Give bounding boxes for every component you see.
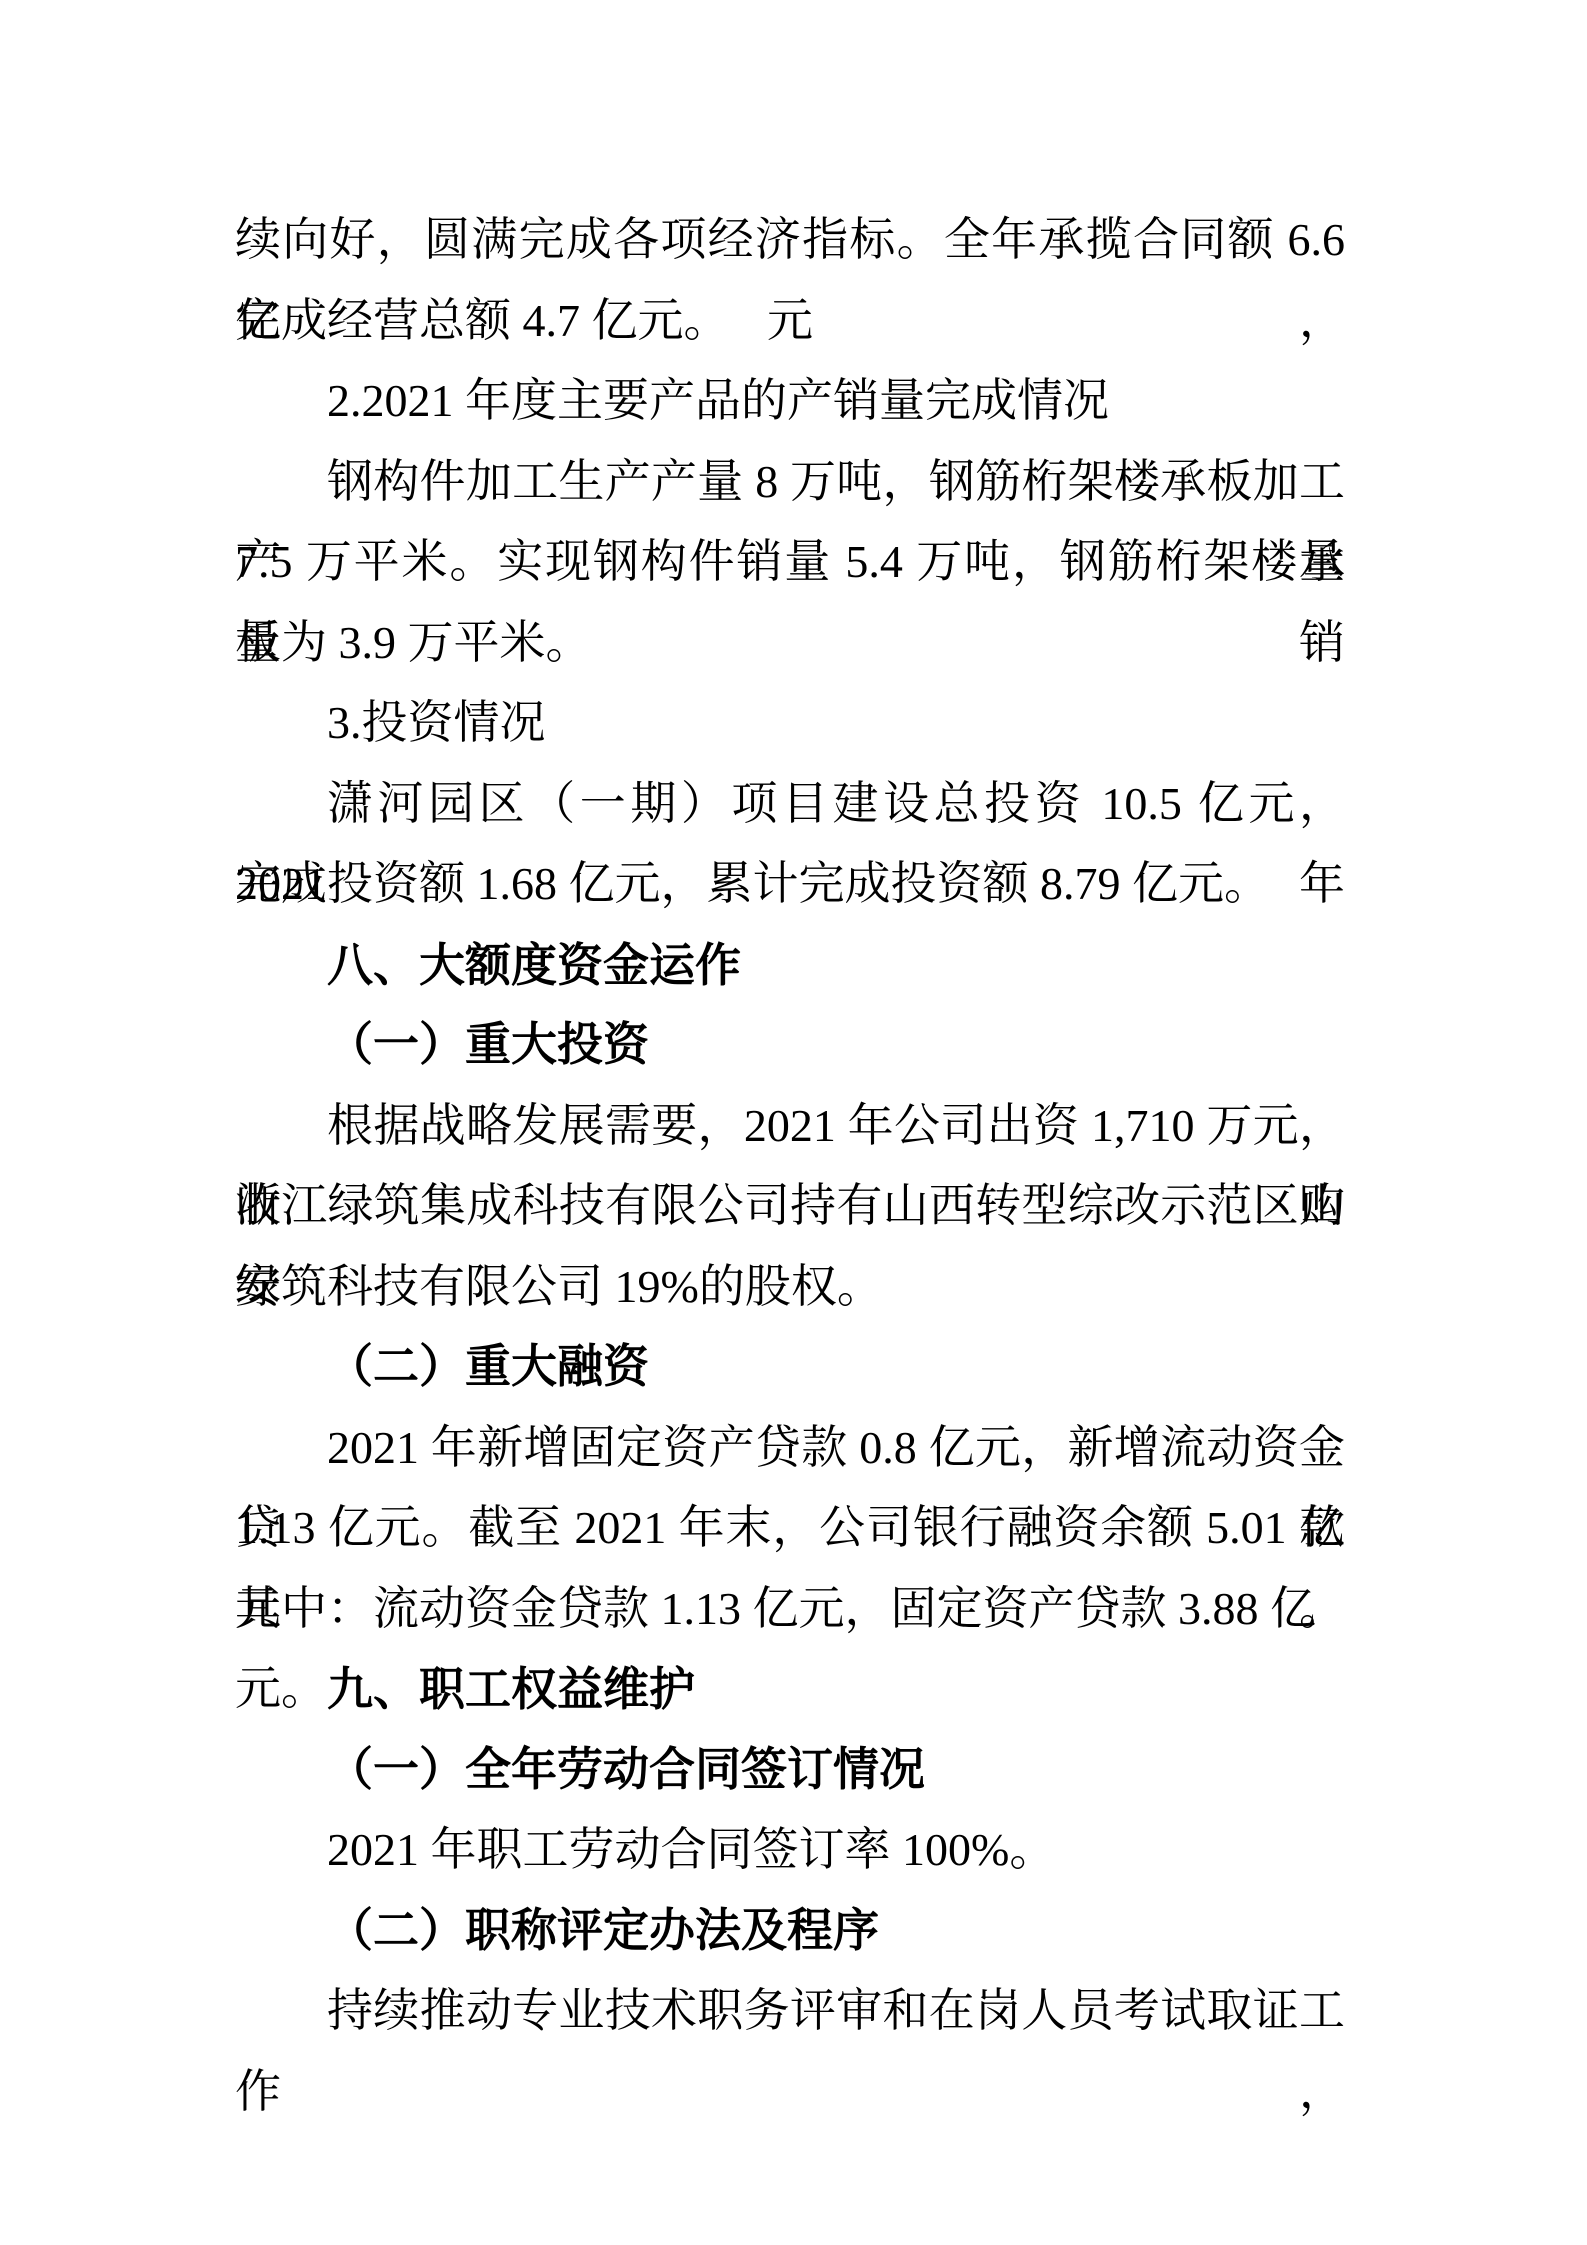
text-line: 绿筑科技有限公司 19%的股权。 [235, 1247, 1345, 1328]
text-line: 其中：流动资金贷款 1.13 亿元，固定资产贷款 3.88 亿元。 [235, 1569, 1345, 1650]
section-heading-line: 九、职工权益维护 [235, 1649, 1345, 1730]
text-line: 持续推动专业技术职务评审和在岗人员考试取证工作， [235, 1971, 1345, 2052]
document-page: 续向好，圆满完成各项经济指标。全年承揽合同额 6.6 亿元， 完成经营总额 4.… [0, 0, 1587, 2245]
text-line: 2.2021 年度主要产品的产销量完成情况 [235, 361, 1345, 442]
sub-heading-line: （一）全年劳动合同签订情况 [235, 1730, 1345, 1811]
sub-heading-line: （二）职称评定办法及程序 [235, 1891, 1345, 1972]
sub-heading-line: （二）重大融资 [235, 1327, 1345, 1408]
text-line: 完成投资额 1.68 亿元，累计完成投资额 8.79 亿元。 [235, 844, 1345, 925]
text-line: 2021 年新增固定资产贷款 0.8 亿元，新增流动资金贷款 [235, 1408, 1345, 1489]
text-line: 3.投资情况 [235, 683, 1345, 764]
document-text-block: 续向好，圆满完成各项经济指标。全年承揽合同额 6.6 亿元， 完成经营总额 4.… [235, 200, 1345, 2052]
text-line: 浙江绿筑集成科技有限公司持有山西转型综改示范区山安 [235, 1166, 1345, 1247]
text-line: 7.5 万平米。实现钢构件销量 5.4 万吨，钢筋桁架楼承板销 [235, 522, 1345, 603]
text-line: 根据战略发展需要，2021 年公司出资 1,710 万元，收购 [235, 1086, 1345, 1167]
text-line: 钢构件加工生产产量 8 万吨，钢筋桁架楼承板加工产量 [235, 442, 1345, 523]
text-line: 1.13 亿元。截至 2021 年末，公司银行融资余额 5.01 亿元。 [235, 1488, 1345, 1569]
text-line: 2021 年职工劳动合同签订率 100%。 [235, 1810, 1345, 1891]
text-line: 续向好，圆满完成各项经济指标。全年承揽合同额 6.6 亿元， [235, 200, 1345, 281]
text-line: 潇河园区（一期）项目建设总投资 10.5 亿元，2021 年 [235, 764, 1345, 845]
sub-heading-line: （一）重大投资 [235, 1005, 1345, 1086]
section-heading-line: 八、大额度资金运作 [235, 925, 1345, 1006]
